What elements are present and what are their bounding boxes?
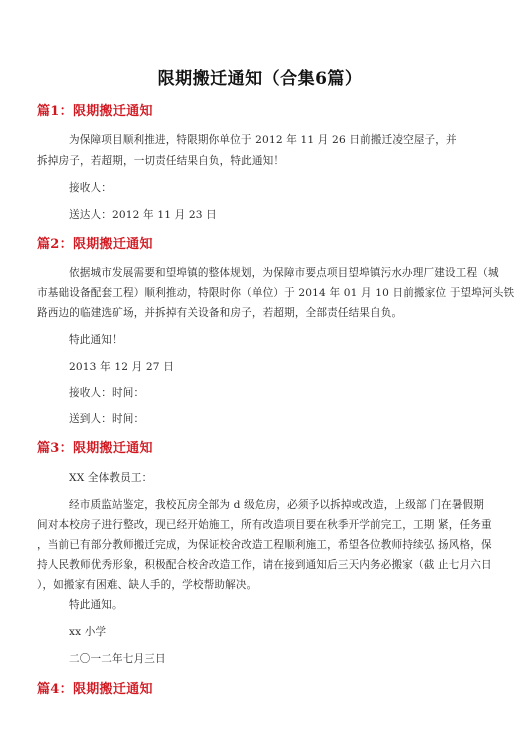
section-2-notice-closing: 特此通知！	[69, 332, 123, 347]
section-3-paragraph-line-3: ，当前已有部分教师搬迁完成，为保证校舍改造工程顺利施工，希望各位教师持续弘 扬风…	[37, 537, 492, 552]
section-2-paragraph-line-1: 依据城市发展需要和望埠镇的整体规划，为保障市要点项目望埠镇污水办理厂建设工程（城	[69, 265, 499, 280]
section-3-paragraph-line-4: 持人民教师优秀形象，积极配合校舍改造工作，请在接到通知后三天内务必搬家（截 止七…	[37, 557, 492, 572]
section-2-heading: 篇2：限期搬迁通知	[37, 233, 153, 252]
section-3-salutation: XX 全体教员工：	[69, 470, 152, 485]
section-2-deliverer-time: 送到人：时间：	[69, 411, 144, 426]
document-title: 限期搬迁通知（合集6篇）	[0, 64, 520, 89]
section-1-paragraph-line-1: 为保障项目顺利推进，特限期你单位于 2012 年 11 月 26 日前搬迁凌空屋…	[69, 132, 457, 147]
section-3-heading: 篇3：限期搬迁通知	[37, 437, 153, 456]
document-page: 限期搬迁通知（合集6篇） 篇1：限期搬迁通知 为保障项目顺利推进，特限期你单位于…	[0, 0, 520, 735]
section-3-notice-closing: 特此通知。	[69, 597, 123, 612]
section-1-heading: 篇1：限期搬迁通知	[37, 100, 153, 119]
section-2-date: 2013 年 12 月 27 日	[69, 359, 174, 374]
section-1-sender-date: 送达人：2012 年 11 月 23 日	[69, 207, 217, 222]
section-3-paragraph-line-2: 间对本校房子进行整改，现已经开始施工，所有改造项目要在秋季开学前完工，工期 紧，…	[37, 517, 492, 532]
section-2-paragraph-line-2: 市基础设备配套工程）顺利推动，特限时你（单位）于 2014 年 01 月 10 …	[37, 285, 514, 300]
section-1-paragraph-line-2: 拆掉房子，若超期，一切责任结果自负，特此通知！	[37, 153, 284, 168]
section-3-paragraph-line-1: 经市质监站鉴定，我校瓦房全部为 d 级危房，必须予以拆掉或改造，上级部 门在暑假…	[69, 497, 484, 512]
section-1-recipient: 接收人：	[69, 180, 112, 195]
section-2-recipient-time: 接收人：时间：	[69, 385, 144, 400]
section-3-signatory: xx 小学	[69, 624, 106, 639]
section-3-paragraph-line-5: ），如搬家有困难、缺人手的，学校帮助解决。	[37, 577, 257, 592]
section-3-date: 二〇一二年七月三日	[69, 651, 166, 666]
section-2-paragraph-line-3: 路西边的临建选矿场，并拆掉有关设备和房子，若超期，全部责任结果自负。	[37, 305, 402, 320]
section-4-heading: 篇4：限期搬迁通知	[37, 678, 153, 697]
